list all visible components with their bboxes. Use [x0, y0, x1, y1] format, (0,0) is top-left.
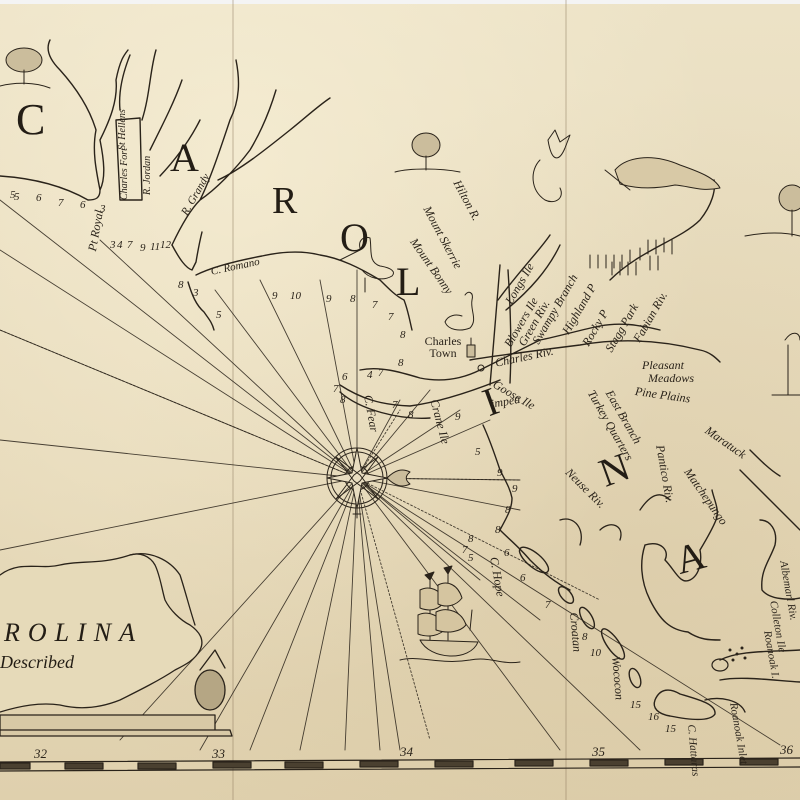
scale-label-35: 35 [592, 744, 605, 760]
label-charles-town: Charles Town [418, 335, 468, 359]
sounding-depth: 3 [100, 204, 106, 215]
sounding-depth: 5 [475, 447, 481, 458]
region-letter-l: L [396, 262, 420, 302]
sounding-depth: 9 [272, 291, 278, 302]
sounding-depth: 8 [350, 294, 356, 305]
sounding-depth: 5 [216, 310, 222, 321]
region-letter-o: O [340, 218, 369, 258]
sounding-depth: 7 [372, 300, 378, 311]
cartouche-subtitle: Described [0, 652, 74, 673]
sounding-depth: 8 [468, 534, 474, 545]
goose [445, 292, 474, 330]
sounding-depth: 16 [648, 712, 659, 723]
native-figures [590, 238, 672, 275]
sounding-depth: 9 [512, 484, 518, 495]
sounding-depth: 6 [520, 573, 526, 584]
sounding-depth: 9 [497, 468, 503, 479]
label-meadows: Meadows [648, 372, 694, 384]
sounding-depth: 8 [505, 505, 511, 516]
sounding-depth: 9 [326, 294, 332, 305]
label-st-hellens: St Hellens [118, 109, 128, 150]
sounding-depth: 8 [400, 330, 406, 341]
sounding-depth: 3 [193, 288, 199, 299]
sounding-depth: 8 [582, 632, 588, 643]
sounding-depth: 7 [392, 400, 398, 411]
sounding-depth: 8 [408, 410, 414, 421]
label-wococon: Wococon [610, 656, 626, 700]
sounding-depth: 6 [342, 372, 348, 383]
sounding-depth: 7 [378, 368, 384, 379]
sounding-depth: 7 [333, 384, 339, 395]
sounding-depth: 5 [14, 192, 20, 203]
scale-label-36: 36 [780, 742, 793, 758]
fox [533, 130, 570, 202]
sounding-depth: 15 [665, 724, 676, 735]
sounding-depth: 7 [462, 545, 468, 556]
sounding-depth: 8 [398, 358, 404, 369]
sounding-depth: 6 [36, 193, 42, 204]
sounding-depth: 9 [140, 243, 146, 254]
sounding-depth: 11 [150, 242, 160, 253]
sounding-depth: 5 [468, 553, 474, 564]
region-letter-a: A [170, 138, 199, 178]
sounding-depth: 12 [160, 240, 171, 251]
antique-map: C A R O L I N A St Hellens Charles Fort … [0, 0, 800, 800]
region-letter-c: C [16, 98, 45, 142]
scale-label-34: 34 [400, 744, 413, 760]
sounding-depth: 10 [590, 648, 601, 659]
sounding-depth: 15 [630, 700, 641, 711]
label-charles-fort: Charles Fort [120, 148, 130, 200]
sounding-depth: 8 [495, 525, 501, 536]
sounding-depth: 7 [545, 600, 551, 611]
deer [772, 333, 800, 395]
label-r-jordan: R. Jordan [143, 156, 153, 195]
sounding-depth: 6 [504, 548, 510, 559]
sounding-depth: 7 [58, 198, 64, 209]
compass-rose [327, 448, 410, 518]
sounding-depth: 9 [455, 412, 461, 423]
cartouche-title: ROLINA [4, 618, 143, 648]
region-letter-r: R [272, 182, 297, 220]
sounding-depth: 7 [388, 312, 394, 323]
sounding-depth: 10 [290, 291, 301, 302]
sounding-depth: 4 [367, 370, 373, 381]
sounding-depth: 4 [117, 240, 123, 251]
sounding-depth: 6 [80, 200, 86, 211]
scale-label-33: 33 [212, 746, 225, 762]
sounding-depth: 7 [127, 240, 133, 251]
sounding-depth: 8 [340, 395, 346, 406]
beaver [605, 158, 720, 190]
sounding-depth: 3 [110, 240, 116, 251]
sounding-depth: 8 [178, 280, 184, 291]
label-pleasant: Pleasant [642, 359, 684, 371]
scale-label-32: 32 [34, 746, 47, 762]
